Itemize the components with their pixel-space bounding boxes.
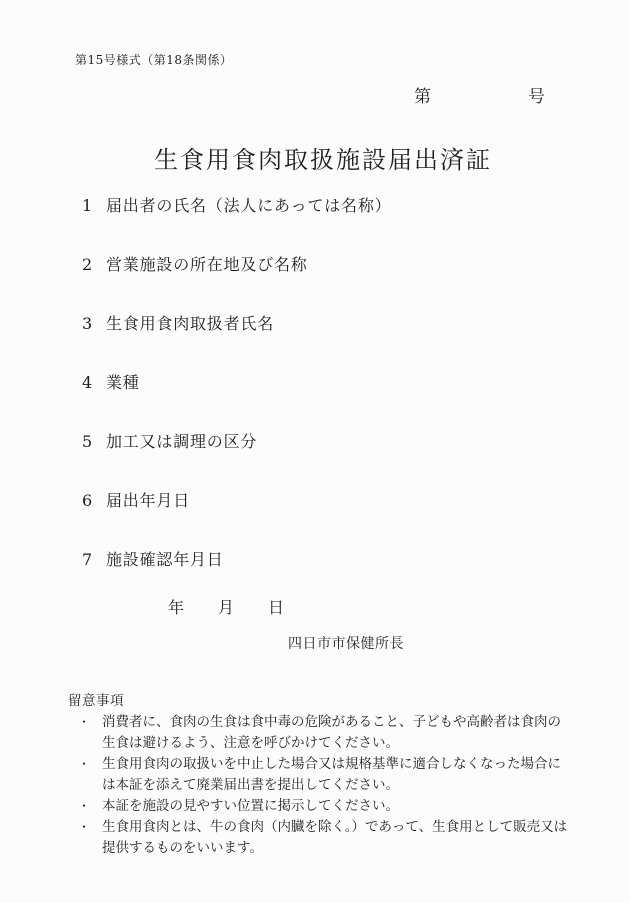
item-number: 7 xyxy=(82,550,106,569)
note-text: 本証を施設の見やすい位置に掲示してください。 xyxy=(102,796,572,817)
note-display-certificate: ・ 本証を施設の見やすい位置に掲示してください。 xyxy=(68,796,578,817)
notes-heading: 留意事項 xyxy=(68,691,578,712)
item-label: 加工又は調理の区分 xyxy=(106,432,257,451)
issuer-signature: 四日市市保健所長 xyxy=(288,633,404,653)
date-day-label: 日 xyxy=(268,595,284,618)
note-text: 生食用食肉の取扱いを中止した場合又は規格基準に適合しなくなった場合には本証を添え… xyxy=(102,754,572,796)
item-number: 4 xyxy=(82,373,106,392)
page-title: 生食用食肉取扱施設届出済証 xyxy=(16,140,630,175)
item-number: 1 xyxy=(82,196,106,215)
form-number: 第15号様式（第18条関係） xyxy=(75,51,233,68)
item-label: 生食用食肉取扱者氏名 xyxy=(106,314,274,333)
item-notification-date: 6 届出年月日 xyxy=(82,491,190,510)
item-facility-confirmation-date: 7 施設確認年月日 xyxy=(82,550,224,569)
date-year-label: 年 xyxy=(168,595,184,618)
item-business-type: 4 業種 xyxy=(82,373,140,392)
item-facility-address-name: 2 営業施設の所在地及び名称 xyxy=(82,255,308,274)
item-label: 業種 xyxy=(106,373,140,392)
item-handler-name: 3 生食用食肉取扱者氏名 xyxy=(82,314,274,333)
item-label: 施設確認年月日 xyxy=(106,550,224,569)
date-month-label: 月 xyxy=(218,595,234,618)
bullet-icon: ・ xyxy=(68,817,102,838)
item-label: 届出者の氏名（法人にあっては名称） xyxy=(106,196,391,215)
date-line: 年 月 日 xyxy=(168,595,284,618)
document-number-line: 第 号 xyxy=(414,82,545,107)
item-processing-category: 5 加工又は調理の区分 xyxy=(82,432,257,451)
item-number: 3 xyxy=(82,314,106,333)
note-discontinuation: ・ 生食用食肉の取扱いを中止した場合又は規格基準に適合しなくなった場合には本証を… xyxy=(68,754,578,796)
item-applicant-name: 1 届出者の氏名（法人にあっては名称） xyxy=(82,196,391,215)
notes-section: 留意事項 ・ 消費者に、食肉の生食は食中毒の危険があること、子どもや高齢者は食肉… xyxy=(68,691,578,859)
doc-number-prefix: 第 xyxy=(414,82,431,107)
certificate-page: 第15号様式（第18条関係） 第 号 生食用食肉取扱施設届出済証 1 届出者の氏… xyxy=(0,0,630,903)
note-text: 消費者に、食肉の生食は食中毒の危険があること、子どもや高齢者は食肉の生食は避ける… xyxy=(102,712,572,754)
note-text: 生食用食肉とは、牛の食肉（内臓を除く。）であって、生食用として販売又は提供するも… xyxy=(102,817,572,859)
item-number: 2 xyxy=(82,255,106,274)
item-number: 5 xyxy=(82,432,106,451)
item-label: 届出年月日 xyxy=(106,491,190,510)
bullet-icon: ・ xyxy=(68,754,102,775)
item-number: 6 xyxy=(82,491,106,510)
note-consumer-warning: ・ 消費者に、食肉の生食は食中毒の危険があること、子どもや高齢者は食肉の生食は避… xyxy=(68,712,578,754)
note-definition: ・ 生食用食肉とは、牛の食肉（内臓を除く。）であって、生食用として販売又は提供す… xyxy=(68,817,578,859)
bullet-icon: ・ xyxy=(68,796,102,817)
doc-number-suffix: 号 xyxy=(528,82,545,107)
item-label: 営業施設の所在地及び名称 xyxy=(106,255,308,274)
bullet-icon: ・ xyxy=(68,712,102,733)
